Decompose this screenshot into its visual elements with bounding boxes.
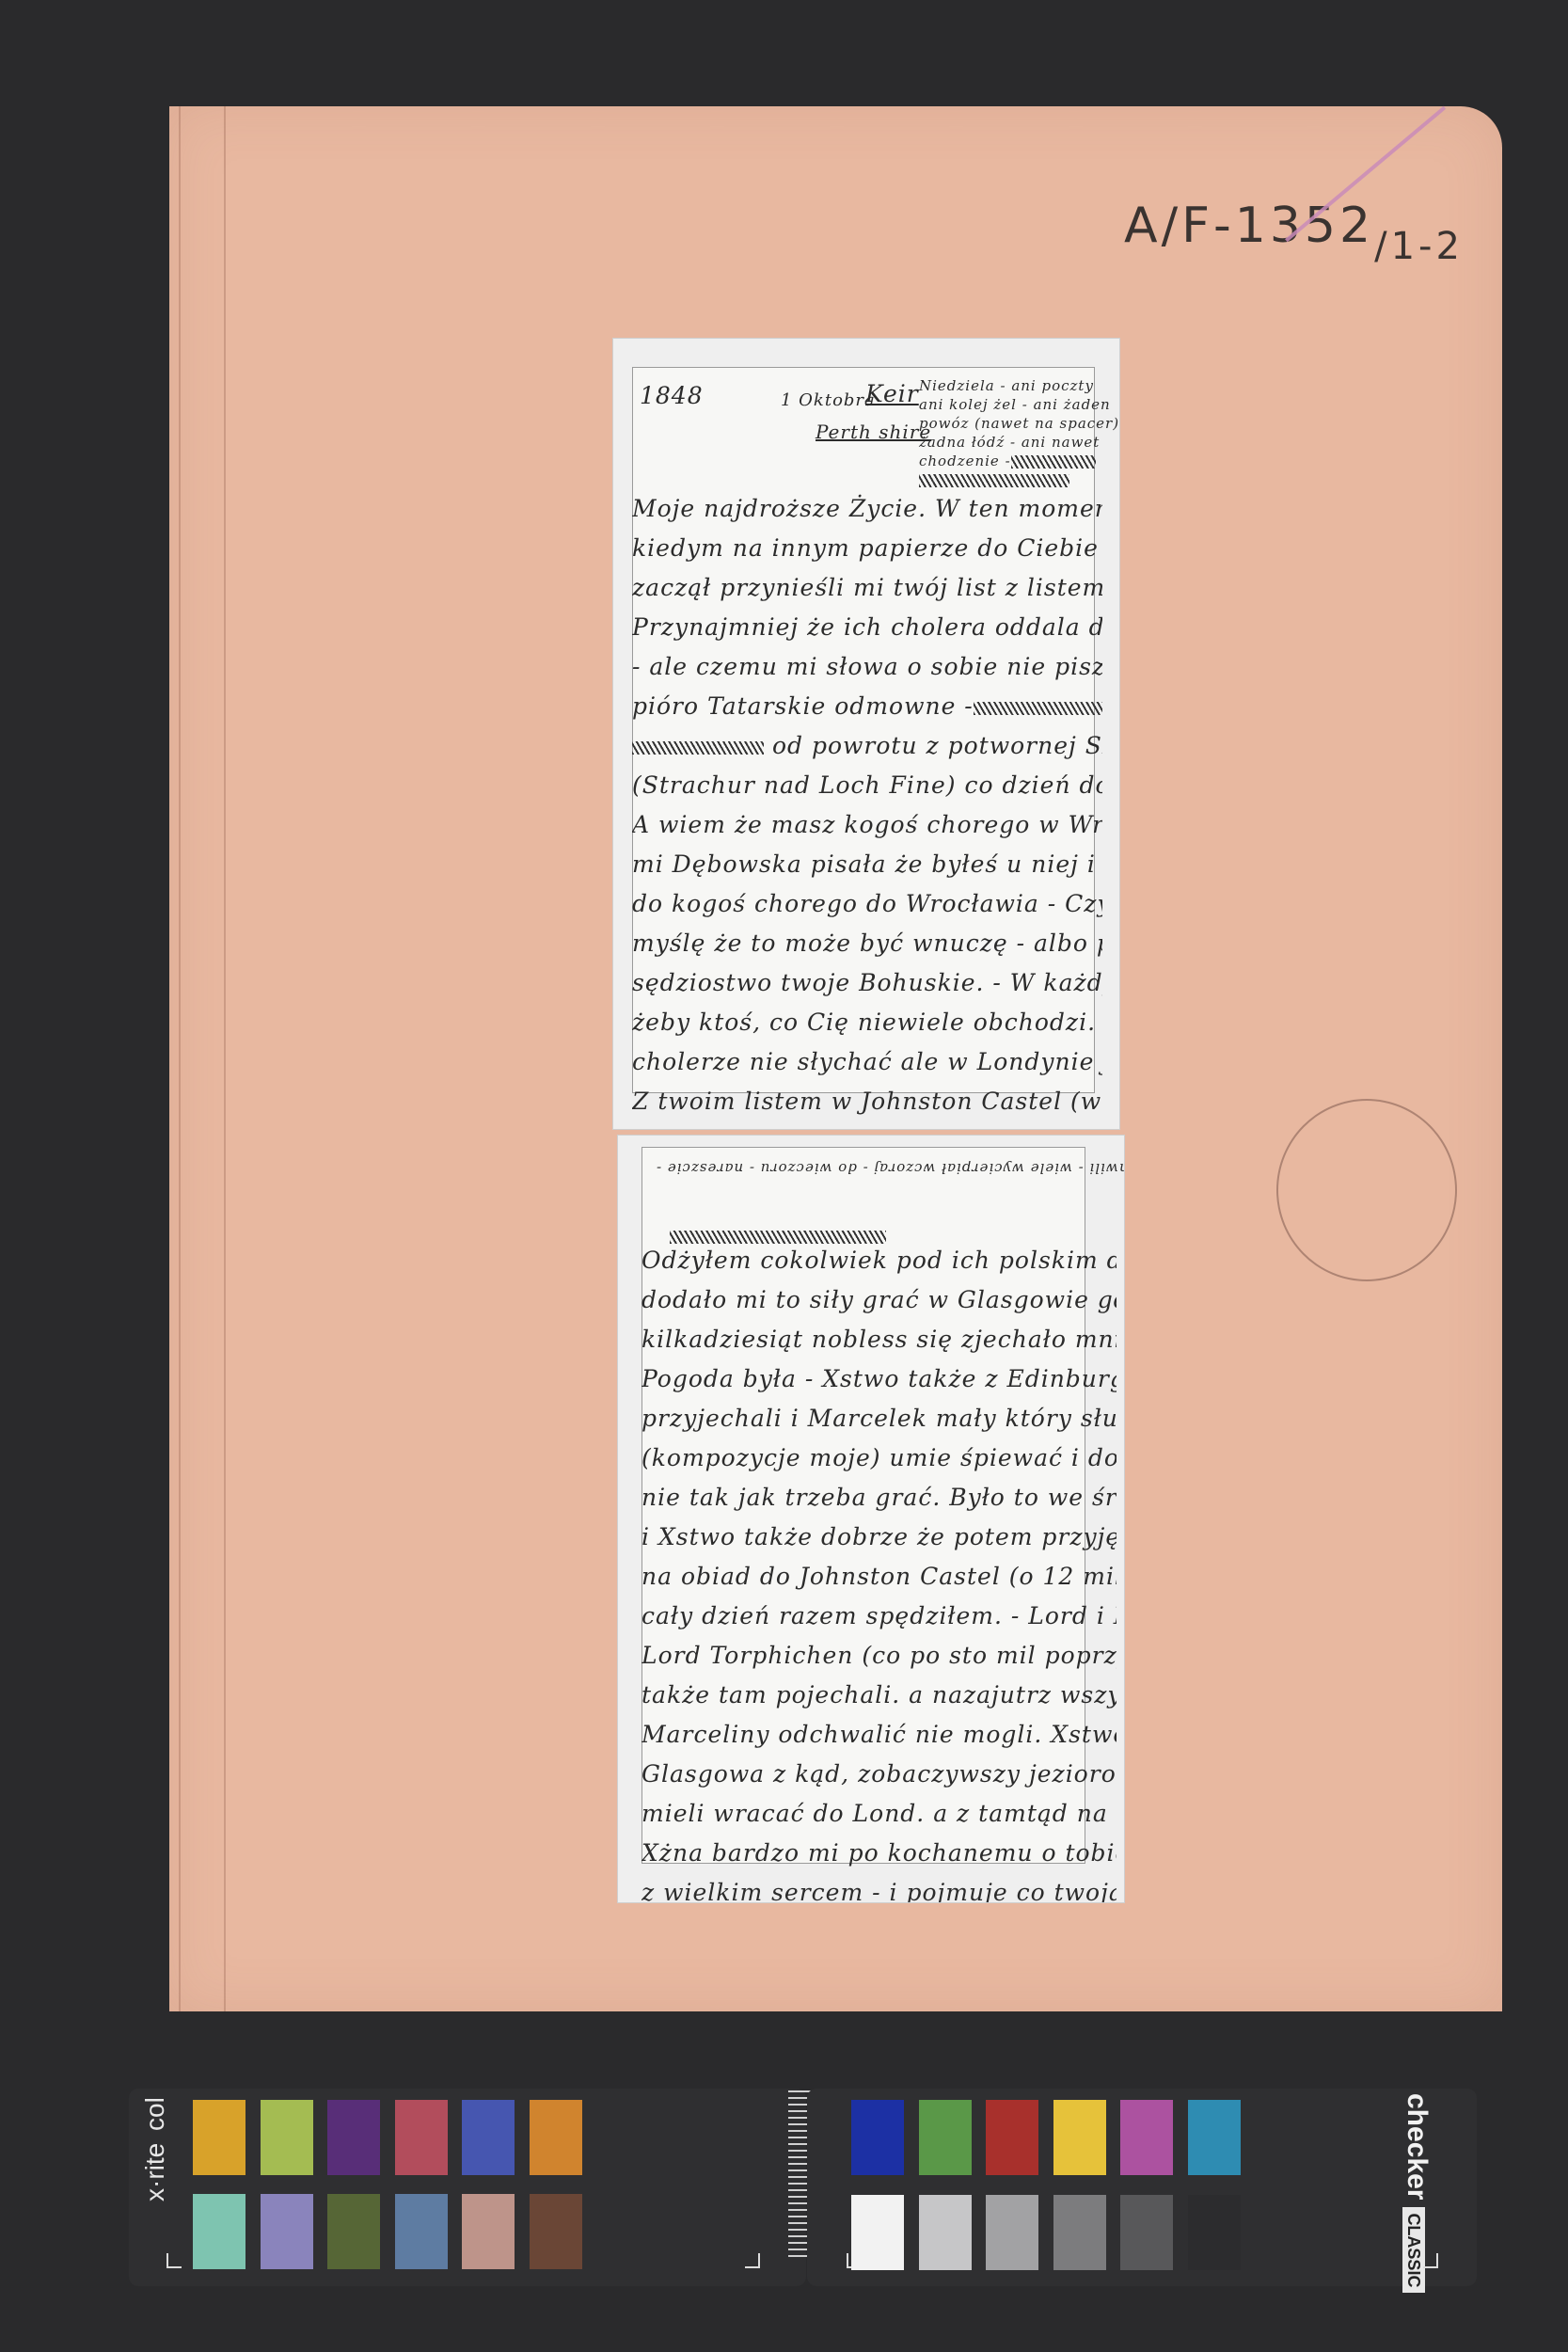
color-swatch	[327, 2194, 380, 2269]
folder-edge	[224, 106, 226, 2011]
letter-body-continued: Odżyłem cokolwiek pod ich polskim duchem…	[641, 1241, 1117, 1902]
color-swatch	[530, 2194, 582, 2269]
xrite-logo: x·rite	[140, 2143, 170, 2201]
manuscript-photo-2: o spokojniejszej chwili - wiele wycierpi…	[618, 1136, 1124, 1902]
margin-note: Niedziela - ani poczty ani kolej żel - a…	[919, 376, 1119, 489]
catalog-number: A/F-1352/1-2	[1124, 198, 1464, 254]
catalog-number-suffix: /1-2	[1374, 225, 1464, 268]
inverted-line: o spokojniejszej chwili - wiele wycierpi…	[656, 1159, 1124, 1178]
color-swatch	[530, 2100, 582, 2175]
folder-edge	[179, 106, 181, 2011]
color-swatch	[462, 2194, 515, 2269]
brand-text-top: col	[140, 2097, 170, 2131]
color-swatch	[1188, 2195, 1241, 2270]
circular-impression	[1276, 1099, 1457, 1281]
color-swatch	[193, 2194, 245, 2269]
letter-body: Moje najdroższe Życie. W ten moment kied…	[632, 489, 1102, 1129]
color-swatch	[851, 2195, 904, 2270]
color-swatch	[851, 2100, 904, 2175]
color-swatch	[919, 2100, 972, 2175]
color-swatch	[1188, 2100, 1241, 2175]
corner-mark	[1423, 2253, 1438, 2268]
color-swatch	[395, 2194, 448, 2269]
color-swatch	[261, 2194, 313, 2269]
color-swatch	[986, 2100, 1038, 2175]
classic-badge: CLASSIC	[1402, 2207, 1425, 2293]
color-swatch	[261, 2100, 313, 2175]
letter-year: 1848	[640, 376, 704, 416]
color-swatch	[1053, 2100, 1106, 2175]
color-swatch	[395, 2100, 448, 2175]
color-swatch	[1120, 2195, 1173, 2270]
color-swatch	[1053, 2195, 1106, 2270]
color-swatch	[1120, 2100, 1173, 2175]
letter-county: Perth shire	[816, 412, 931, 452]
color-swatch	[919, 2195, 972, 2270]
color-swatch	[327, 2100, 380, 2175]
manuscript-photo-1: 1848 1 Oktobra Keir Perth shire Niedziel…	[613, 339, 1119, 1129]
color-swatch	[986, 2195, 1038, 2270]
corner-mark	[166, 2253, 182, 2268]
corner-mark	[745, 2253, 760, 2268]
color-swatch	[193, 2100, 245, 2175]
color-swatch	[462, 2100, 515, 2175]
letter-place: Keir	[865, 374, 919, 414]
catalog-number-main: A/F-1352	[1124, 198, 1374, 254]
